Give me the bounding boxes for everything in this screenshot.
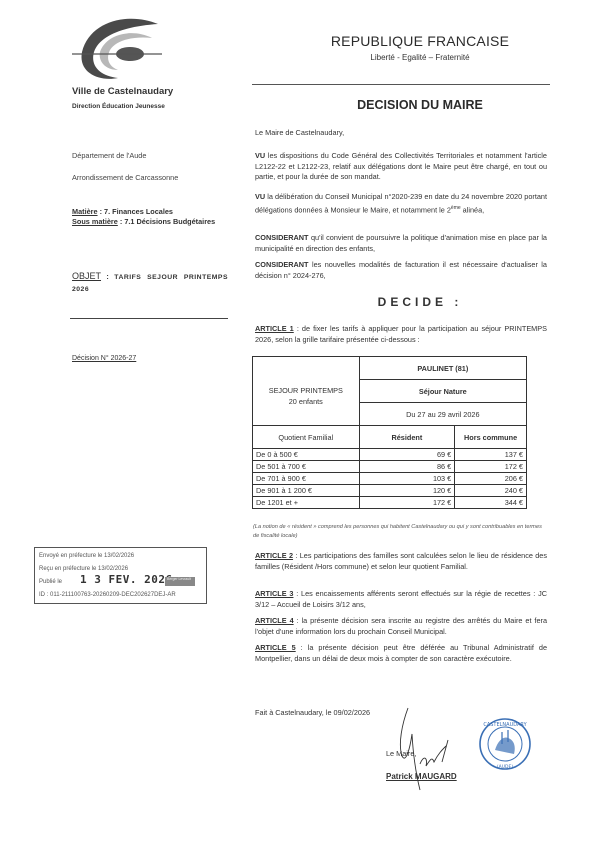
direction-name: Direction Éducation Jeunesse: [72, 103, 165, 110]
republic-motto: Liberté - Egalité – Fraternité: [300, 53, 540, 62]
decision-number: Décision N° 2026-27: [72, 355, 136, 362]
place-date: Fait à Castelnaudary, le 09/02/2026: [255, 708, 370, 717]
table-row: De 701 à 900 €103 €206 €: [253, 473, 527, 485]
column-header: Résident: [359, 426, 455, 449]
art3-label: ARTICLE 3: [255, 589, 293, 598]
vu2-label: VU: [255, 192, 265, 201]
stamp-envoye: Envoyé en préfecture le 13/02/2026: [39, 550, 202, 563]
city-seal-icon: CASTELNAUDARY (AUDE): [478, 716, 532, 772]
cons1-label: CONSIDERANT: [255, 233, 309, 242]
hors-commune-price-cell: 206 €: [455, 473, 527, 485]
stamp-id: ID : 011-211100763-20260209-DEC202627DEJ…: [39, 589, 202, 602]
matiere-value: : 7. Finances Locales: [98, 207, 173, 216]
type-cell: Séjour Nature: [359, 380, 526, 403]
resident-price-cell: 69 €: [359, 449, 455, 461]
location-cell: PAULINET (81): [359, 357, 526, 380]
table-row: De 1201 et +172 €344 €: [253, 497, 527, 509]
art2-text: : Les participations des familles sont c…: [255, 551, 547, 571]
art4-label: ARTICLE 4: [255, 616, 294, 625]
stamp-badge: Berger Levrault: [165, 577, 195, 586]
vu2-sup: ème: [451, 205, 461, 211]
article-5: ARTICLE 5 : la présente décision peut êt…: [255, 643, 547, 664]
republic-title: REPUBLIQUE FRANCAISE: [300, 33, 540, 49]
matiere-label: Matière: [72, 207, 98, 216]
article-3: ARTICLE 3 : Les encaissements afférents …: [255, 589, 547, 610]
stamp-publie-label: Publié le: [39, 579, 62, 585]
dates-cell: Du 27 au 29 avril 2026: [359, 403, 526, 426]
cons2-label: CONSIDERANT: [255, 260, 309, 269]
article-4: ARTICLE 4 : la présente décision sera in…: [255, 616, 547, 637]
table-row: De 0 à 500 €69 €137 €: [253, 449, 527, 461]
department: Département de l'Aude: [72, 151, 146, 160]
art2-label: ARTICLE 2: [255, 551, 293, 560]
art1-text: : de fixer les tarifs à appliquer pour l…: [255, 324, 547, 344]
hors-commune-price-cell: 344 €: [455, 497, 527, 509]
resident-price-cell: 103 €: [359, 473, 455, 485]
table-row: De 901 à 1 200 €120 €240 €: [253, 485, 527, 497]
objet-label: OBJET: [72, 271, 101, 281]
art4-text: : la présente décision sera inscrite au …: [255, 616, 547, 636]
decide-heading: DECIDE :: [300, 295, 540, 309]
quotient-cell: De 0 à 500 €: [253, 449, 360, 461]
vu-paragraph-2: VU la délibération du Conseil Municipal …: [255, 192, 547, 215]
svg-text:CASTELNAUDARY: CASTELNAUDARY: [483, 722, 527, 728]
castelnaudary-logo-icon: [70, 14, 170, 84]
quotient-cell: De 901 à 1 200 €: [253, 485, 360, 497]
hors-commune-price-cell: 172 €: [455, 461, 527, 473]
vu2-text-b: alinéa,: [461, 205, 485, 214]
svg-text:(AUDE): (AUDE): [497, 764, 513, 770]
intro: Le Maire de Castelnaudary,: [255, 128, 547, 139]
considerant-2: CONSIDERANT les nouvelles modalités de f…: [255, 260, 547, 281]
vu1-text: les dispositions du Code Général des Col…: [255, 151, 547, 181]
vu-paragraph-1: VU les dispositions du Code Général des …: [255, 151, 547, 183]
table-row: De 501 à 700 €86 €172 €: [253, 461, 527, 473]
art5-label: ARTICLE 5: [255, 643, 296, 652]
document-title: DECISION DU MAIRE: [300, 98, 540, 112]
art5-text: : la présente décision peut être déférée…: [255, 643, 547, 663]
article-1: ARTICLE 1 : de fixer les tarifs à appliq…: [255, 324, 547, 345]
sous-matiere-label: Sous matière: [72, 217, 118, 226]
header-divider: [252, 84, 550, 85]
sejour-cell: SEJOUR PRINTEMPS 20 enfants: [253, 357, 360, 426]
prefecture-stamp: Envoyé en préfecture le 13/02/2026 Reçu …: [34, 547, 207, 604]
art1-label: ARTICLE 1: [255, 324, 294, 333]
table-footnote: (La notion de « résident » comprend les …: [253, 523, 545, 540]
sous-matiere: Sous matière : 7.1 Décisions Budgétaires: [72, 217, 215, 226]
matiere: Matière : 7. Finances Locales: [72, 207, 173, 216]
quotient-cell: De 1201 et +: [253, 497, 360, 509]
signatory-name: Patrick MAUGARD: [386, 772, 457, 781]
stamp-publie-date: 1 3 FEV. 2026: [80, 573, 173, 586]
sejour-line1: SEJOUR PRINTEMPS: [253, 385, 359, 396]
sejour-line2: 20 enfants: [253, 396, 359, 407]
hors-commune-price-cell: 137 €: [455, 449, 527, 461]
hors-commune-price-cell: 240 €: [455, 485, 527, 497]
column-header: Quotient Familial: [253, 426, 360, 449]
stamp-publie-row: Publié le 1 3 FEV. 2026 Berger Levrault: [39, 576, 202, 589]
left-divider: [70, 318, 228, 319]
resident-price-cell: 120 €: [359, 485, 455, 497]
le-maire: Le Maire,: [386, 749, 416, 758]
quotient-cell: De 701 à 900 €: [253, 473, 360, 485]
objet: OBJET : TARIFS SEJOUR PRINTEMPS 2026: [72, 271, 228, 295]
arrondissement: Arrondissement de Carcassonne: [72, 173, 178, 182]
vu1-label: VU: [255, 151, 265, 160]
column-header: Hors commune: [455, 426, 527, 449]
quotient-cell: De 501 à 700 €: [253, 461, 360, 473]
resident-price-cell: 86 €: [359, 461, 455, 473]
sous-matiere-value: : 7.1 Décisions Budgétaires: [118, 217, 215, 226]
objet-sep: :: [101, 272, 114, 281]
art3-text: : Les encaissements afférents seront eff…: [255, 589, 547, 609]
considerant-1: CONSIDERANT qu'il convient de poursuivre…: [255, 233, 547, 254]
resident-price-cell: 172 €: [359, 497, 455, 509]
tarif-table: SEJOUR PRINTEMPS 20 enfants PAULINET (81…: [252, 356, 527, 509]
article-2: ARTICLE 2 : Les participations des famil…: [255, 551, 547, 572]
city-name: Ville de Castelnaudary: [72, 86, 173, 97]
vu2-text-a: la délibération du Conseil Municipal n°2…: [255, 192, 547, 214]
